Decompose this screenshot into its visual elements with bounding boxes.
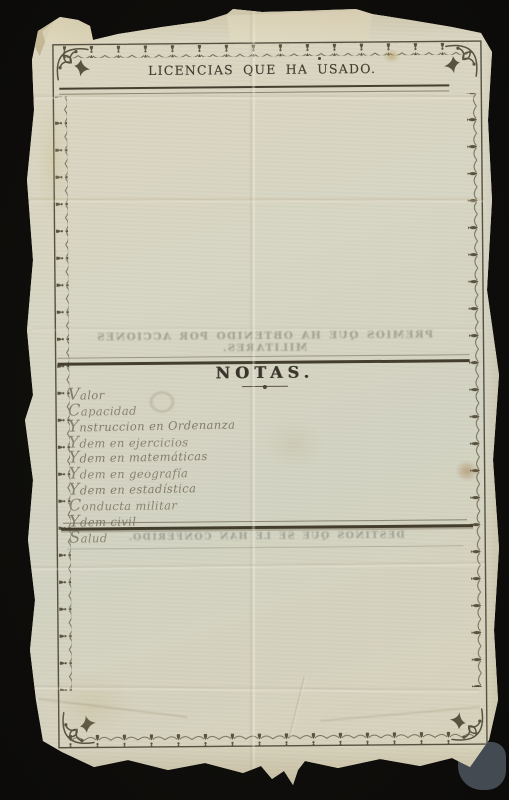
ink-speck bbox=[179, 786, 183, 790]
paper-sheet: LICENCIAS QUE HA USADO. PREMIOS QUE HA O… bbox=[0, 0, 509, 800]
photo-background: LICENCIAS QUE HA USADO. PREMIOS QUE HA O… bbox=[0, 0, 509, 800]
section-title-notas: NOTAS. bbox=[60, 361, 470, 384]
bleed-through-heading-premios: PREMIOS QUE HA OBTENIDO POR ACCIONES MIL… bbox=[59, 328, 469, 356]
ink-speck bbox=[318, 57, 321, 60]
printed-page-content: LICENCIAS QUE HA USADO. PREMIOS QUE HA O… bbox=[0, 0, 509, 800]
